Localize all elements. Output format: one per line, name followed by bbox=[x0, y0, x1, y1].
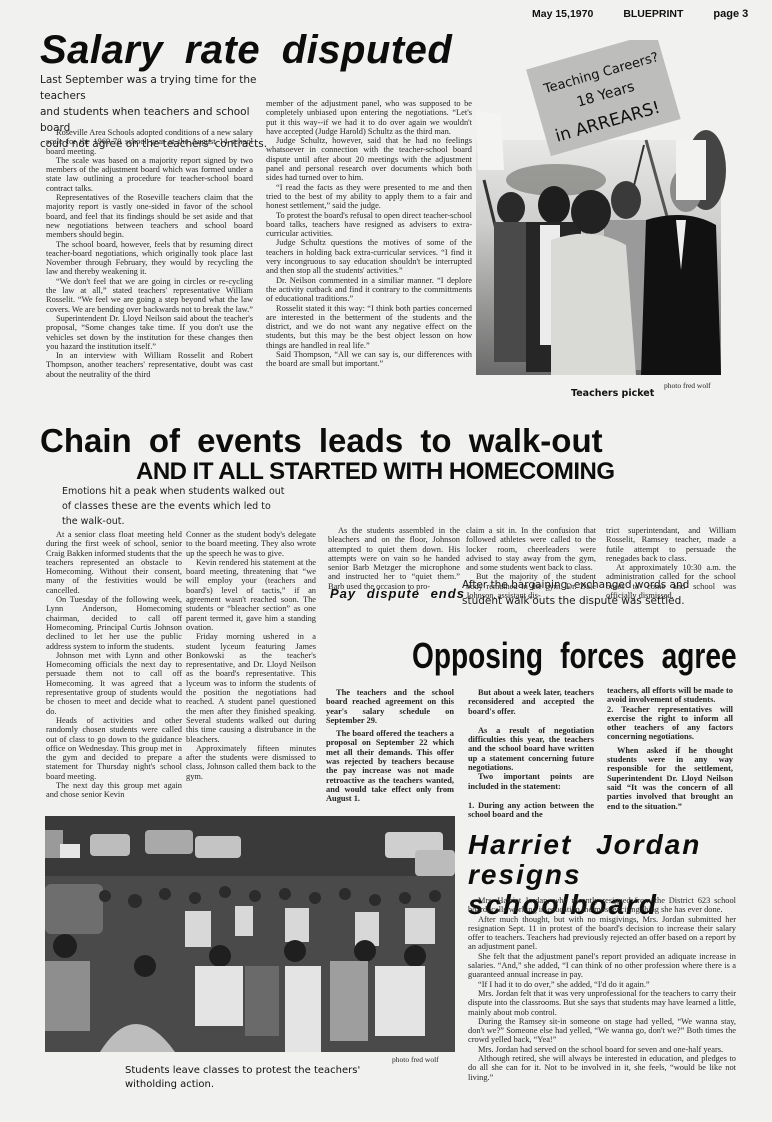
deck-line: student walk'outs the dispute was settle… bbox=[462, 593, 762, 609]
caption-line: Students leave classes to protest the te… bbox=[125, 1064, 455, 1078]
paragraph: 2. Teacher representatives will exercise… bbox=[607, 705, 733, 742]
paragraph: Approximately fifteen minutes after the … bbox=[186, 744, 316, 781]
paragraph: “I read the facts as they were presented… bbox=[266, 183, 472, 211]
walkout-photo-image bbox=[45, 816, 455, 1052]
paragraph: Representatives of the Roseville teacher… bbox=[46, 193, 253, 239]
paragraph: Two important points are included in the… bbox=[468, 772, 594, 791]
page-number: page 3 bbox=[713, 8, 748, 20]
walkout-headline: Chain of events leads to walk-out bbox=[40, 422, 603, 460]
jordan-body: Mrs. Harriet Jordan, who recently resign… bbox=[468, 896, 736, 1082]
caption-line: witholding action. bbox=[125, 1078, 455, 1092]
paragraph: The school board, however, feels that by… bbox=[46, 240, 253, 277]
paragraph: Mrs. Jordan had served on the school boa… bbox=[468, 1045, 736, 1054]
paragraph: At a senior class float meeting held dur… bbox=[46, 530, 182, 595]
paragraph: claim a sit in. In the confusion that fo… bbox=[466, 526, 596, 572]
teachers-picket-photo: Teaching Careers? 18 Years in ARREARS! bbox=[476, 40, 726, 375]
pay-deck: After the bargaining, exchanged words an… bbox=[462, 577, 762, 609]
paragraph: The next day this group met again and ch… bbox=[46, 781, 182, 800]
salary-headline: Salary rate disputed bbox=[40, 28, 452, 72]
salary-column-2: member of the adjustment panel, who was … bbox=[266, 99, 472, 369]
deck-line: of classes these are the events which le… bbox=[62, 499, 322, 514]
paragraph: In an interview with William Rosselit an… bbox=[46, 351, 253, 379]
paragraph: When asked if he thought students were i… bbox=[607, 746, 733, 811]
salary-column-1: Roseville Area Schools adopted condition… bbox=[46, 128, 253, 379]
deck-line: the walk-out. bbox=[62, 514, 322, 529]
paragraph: On Tuesday of the following week, Lynn A… bbox=[46, 595, 182, 651]
masthead: May 15,1970 BLUEPRINT page 3 bbox=[532, 8, 772, 20]
students-walkout-photo bbox=[45, 816, 455, 1052]
paragraph: Mrs. Jordan felt that it was very unprof… bbox=[468, 989, 736, 1017]
paragraph: trict superintendant, and William Rossel… bbox=[606, 526, 736, 563]
pay-dispute-kicker: Pay dispute ends bbox=[330, 586, 465, 601]
paragraph: Friday morning ushered in a student lyce… bbox=[186, 632, 316, 744]
deck-line: Last September was a trying time for the… bbox=[40, 72, 280, 104]
walkout-column-3: As the students assembled in the bleache… bbox=[328, 526, 460, 591]
opposing-headline: Opposing forces agree bbox=[412, 637, 737, 675]
walkout-subhead: AND IT ALL STARTED WITH HOMECOMING bbox=[136, 458, 615, 486]
pay-column-1: The teachers and the school board reache… bbox=[326, 688, 454, 804]
paragraph: member of the adjustment panel, who was … bbox=[266, 99, 472, 136]
paragraph: As the students assembled in the bleache… bbox=[328, 526, 460, 591]
headline-line: Harriet Jordan bbox=[468, 830, 772, 860]
picket-photo-credit: photo fred wolf bbox=[664, 381, 711, 390]
walkout-column-1: At a senior class float meeting held dur… bbox=[46, 530, 182, 800]
pay-column-3: teachers, all efforts will be made to av… bbox=[607, 686, 733, 811]
paragraph: Roseville Area Schools adopted condition… bbox=[46, 128, 253, 156]
paragraph: Johnson met with Lynn and other Homecomi… bbox=[46, 651, 182, 716]
publication-name: BLUEPRINT bbox=[623, 8, 683, 20]
paragraph: 1. During any action between the school … bbox=[468, 801, 594, 820]
paragraph: Conner as the student body's delegate to… bbox=[186, 530, 316, 558]
deck-line: Emotions hit a peak when students walked… bbox=[62, 484, 322, 499]
paragraph: After much thought, but with no misgivin… bbox=[468, 915, 736, 952]
deck-line: After the bargaining, exchanged words an… bbox=[462, 577, 762, 593]
paragraph: Although retired, she will always be int… bbox=[468, 1054, 736, 1082]
paragraph: Mrs. Harriet Jordan, who recently resign… bbox=[468, 896, 736, 915]
walkout-caption: Students leave classes to protest the te… bbox=[125, 1064, 455, 1092]
paragraph: teachers, all efforts will be made to av… bbox=[607, 686, 733, 705]
picket-photo-image: Teaching Careers? 18 Years in ARREARS! bbox=[476, 40, 726, 375]
paragraph: The board offered the teachers a proposa… bbox=[326, 729, 454, 803]
paragraph: “We don't feel that we are going in circ… bbox=[46, 277, 253, 314]
paragraph: During the Ramsey sit-in someone on stag… bbox=[468, 1017, 736, 1045]
paragraph: Kevin rendered his statement at the boar… bbox=[186, 558, 316, 632]
paragraph: Heads of activities and other randomly c… bbox=[46, 716, 182, 781]
paragraph: Superintendent Dr. Lloyd Neilson said ab… bbox=[46, 314, 253, 351]
paragraph: The scale was based on a majority report… bbox=[46, 156, 253, 193]
paragraph: She felt that the adjustment panel's rep… bbox=[468, 952, 736, 980]
paragraph: As a result of negotiation difficulties … bbox=[468, 726, 594, 772]
paragraph: Said Thompson, “All we can say is, our d… bbox=[266, 350, 472, 369]
paragraph: Rosselit stated it this way: “I think bo… bbox=[266, 304, 472, 350]
picket-caption: Teachers picket bbox=[571, 388, 654, 399]
paragraph: Judge Schultz questions the motives of s… bbox=[266, 238, 472, 275]
walkout-deck: Emotions hit a peak when students walked… bbox=[62, 484, 322, 529]
paragraph: Judge Schultz, however, said that he had… bbox=[266, 136, 472, 182]
paragraph: The teachers and the school board reache… bbox=[326, 688, 454, 725]
paragraph: But about a week later, teachers reconsi… bbox=[468, 688, 594, 716]
paragraph: To protest the board's refusal to open d… bbox=[266, 211, 472, 239]
pay-column-2: But about a week later, teachers reconsi… bbox=[468, 688, 594, 820]
walkout-photo-credit: photo fred wolf bbox=[392, 1055, 439, 1064]
issue-date: May 15,1970 bbox=[532, 8, 593, 20]
paragraph: “If I had it to do over,” she added, “I'… bbox=[468, 980, 736, 989]
walkout-column-2: Conner as the student body's delegate to… bbox=[186, 530, 316, 781]
paragraph: Dr. Neilson commented in a similiar mann… bbox=[266, 276, 472, 304]
